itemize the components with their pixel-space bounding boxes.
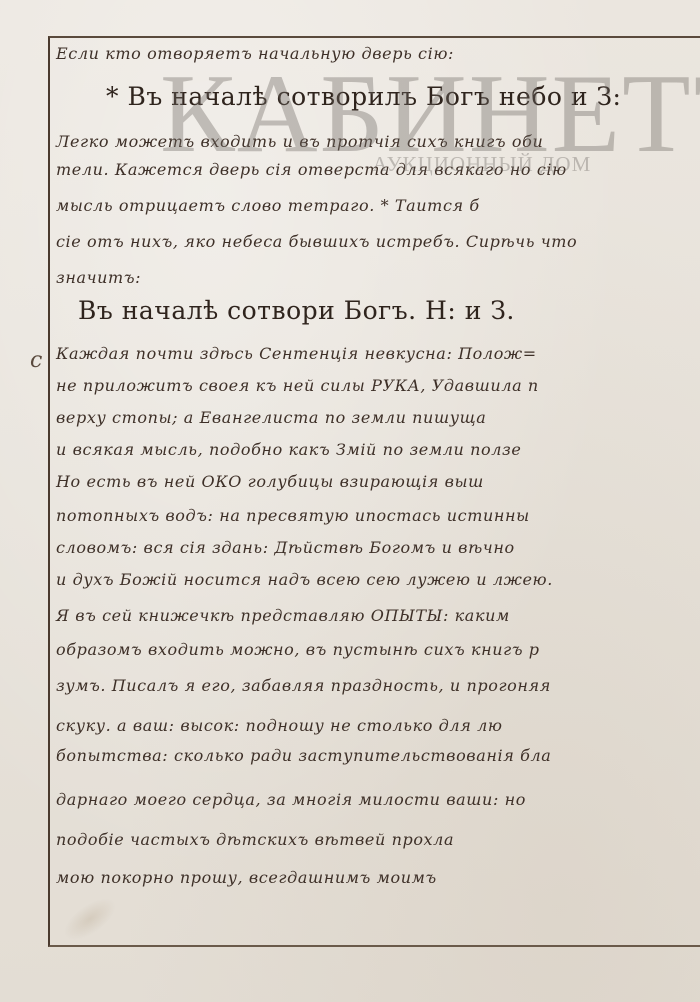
margin-mark: с <box>30 348 42 373</box>
manuscript-line: и духъ Божій носится надъ всею сею лужею… <box>56 570 553 589</box>
manuscript-line: значитъ: <box>56 268 141 287</box>
manuscript-line: мою покорно прошу, всегдашнимъ моимъ <box>56 868 437 887</box>
manuscript-line: Если кто отворяетъ начальную дверь сію: <box>56 44 454 63</box>
manuscript-line: Легко можетъ входить и въ протчія сихъ к… <box>56 132 543 151</box>
manuscript-line: Каждая почти здѣсь Сентенція невкусна: П… <box>56 344 537 363</box>
manuscript-line-heading: Въ началѣ сотвори Богъ. Н: и З. <box>78 296 515 325</box>
manuscript-line: словомъ: вся сія здань: Дѣйствѣ Богомъ и… <box>56 538 515 557</box>
manuscript-line: зумъ. Писалъ я его, забавляя праздность,… <box>56 676 551 695</box>
manuscript-line: Я въ сей книжечкѣ представляю ОПЫТЫ: как… <box>56 606 510 625</box>
manuscript-line: дарнаго моего сердца, за многія милости … <box>56 790 526 809</box>
manuscript-line: не приложитъ своея къ ней силы РУКА, Уда… <box>56 376 539 395</box>
manuscript-line: подобіе частыхъ дѣтскихъ вѣтвей прохла <box>56 830 454 849</box>
manuscript-line: Но есть въ ней ОКО голубицы взирающія вы… <box>56 472 484 491</box>
manuscript-line: потопныхъ водъ: на пресвятую ипостась ис… <box>56 506 530 525</box>
manuscript-line: сіе отъ нихъ, яко небеса бывшихъ истребъ… <box>56 232 577 251</box>
manuscript-line: и всякая мысль, подобно какъ Змій по зем… <box>56 440 521 459</box>
manuscript-line: верху стопы; а Евангелиста по земли пишу… <box>56 408 486 427</box>
manuscript-line: скуку. а ваш: высок: подношу не столько … <box>56 716 503 735</box>
manuscript-line-heading: * Въ началѣ сотворилъ Богъ небо и З: <box>106 82 621 111</box>
manuscript-line: бопытства: сколько ради заступительствов… <box>56 746 551 765</box>
manuscript-line: тели. Кажется дверь сія отверста для вся… <box>56 160 567 179</box>
manuscript-line: образомъ входить можно, въ пустынѣ сихъ … <box>56 640 540 659</box>
manuscript-line: мысль отрицаетъ слово тетраго. * Таится … <box>56 196 480 215</box>
